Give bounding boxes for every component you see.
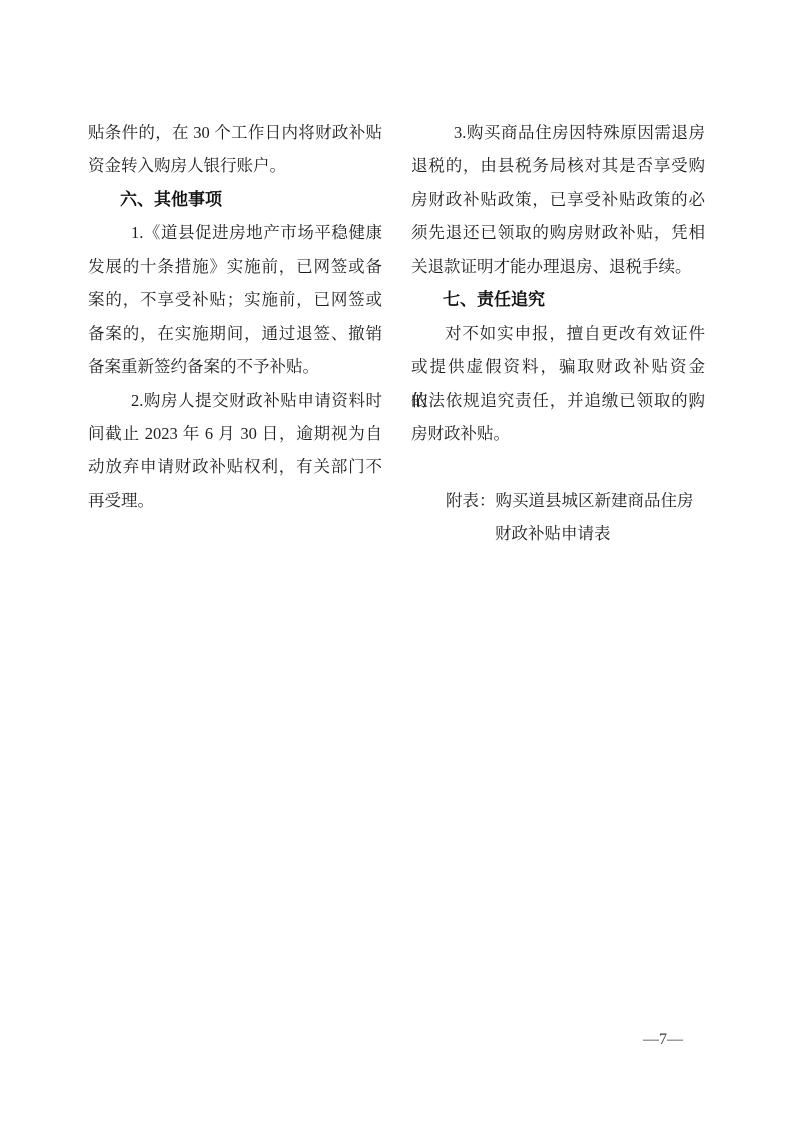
text-line: 贴条件的，在 30 个工作日内将财政补贴: [88, 116, 382, 149]
text-line: 3.购买商品住房因特殊原因需退房: [411, 116, 705, 149]
text-line: 2.购房人提交财政补贴申请资料时: [88, 384, 382, 417]
text-line: 资金转入购房人银行账户。: [88, 149, 382, 182]
left-text-column: 贴条件的，在 30 个工作日内将财政补贴资金转入购房人银行账户。六、其他事项1.…: [88, 116, 382, 517]
text-line: 退税的，由县税务局核对其是否享受购: [411, 149, 705, 182]
section-heading-line: 七、责任追究: [411, 283, 705, 316]
text-line: [411, 450, 705, 483]
document-page: 贴条件的，在 30 个工作日内将财政补贴资金转入购房人银行账户。六、其他事项1.…: [0, 0, 793, 1122]
text-line: 财政补贴申请表: [411, 517, 705, 550]
text-line: 须先退还已领取的购房财政补贴，凭相: [411, 216, 705, 249]
text-line: 再受理。: [88, 484, 382, 517]
text-line: 案的，不享受补贴；实施前，已网签或: [88, 283, 382, 316]
text-line: 动放弃申请财政补贴权利，有关部门不: [88, 450, 382, 483]
text-line: 依法依规追究责任，并追缴已领取的购: [411, 384, 705, 417]
text-line: 房财政补贴。: [411, 417, 705, 450]
text-line: 关退款证明才能办理退房、退税手续。: [411, 250, 705, 283]
text-line: 1.《道县促进房地产市场平稳健康: [88, 216, 382, 249]
section-heading-line: 六、其他事项: [88, 183, 382, 216]
text-line: 对不如实申报，擅自更改有效证件: [411, 317, 705, 350]
text-line: 备案重新签约备案的不予补贴。: [88, 350, 382, 383]
text-line: 发展的十条措施》实施前，已网签或备: [88, 250, 382, 283]
page-number: —7—: [598, 1029, 728, 1051]
text-line: 备案的，在实施期间，通过退签、撤销: [88, 317, 382, 350]
text-line: 或提供虚假资料，骗取财政补贴资金的，: [411, 350, 705, 383]
text-line: 房财政补贴政策，已享受补贴政策的必: [411, 183, 705, 216]
text-line: 附表：购买道县城区新建商品住房: [411, 484, 705, 517]
right-text-column: 3.购买商品住房因特殊原因需退房退税的，由县税务局核对其是否享受购房财政补贴政策…: [411, 116, 705, 551]
text-line: 间截止 2023 年 6 月 30 日，逾期视为自: [88, 417, 382, 450]
